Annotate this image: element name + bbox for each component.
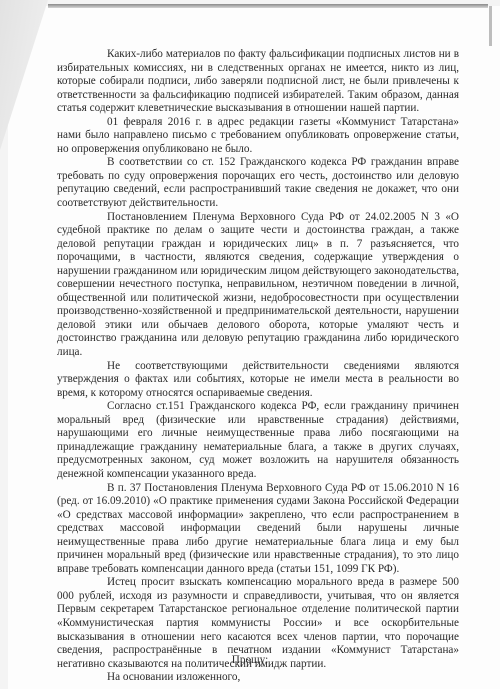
paragraph-falsification: Каких-либо материалов по факту фальсифик… [57,48,459,116]
page-right-edge [489,6,492,46]
document-body: Каких-либо материалов по факту фальсифик… [57,48,459,685]
paragraph-untrue-info: Не соответствующими действительности све… [57,360,459,401]
page-top-edge [48,4,488,8]
paragraph-article-152: В соответствии со ст. 152 Гражданского к… [57,156,459,210]
request-heading: Прошу: [0,654,500,666]
paragraph-based-on: На основании изложенного, [57,671,459,685]
paragraph-plenum-2005: Постановлением Пленума Верховного Суда Р… [57,211,459,360]
paragraph-article-151: Согласно ст.151 Гражданского кодекса РФ,… [57,400,459,481]
paragraph-plenum-2010: В п. 37 Постановления Пленума Верховного… [57,482,459,577]
paragraph-letter-sent: 01 февраля 2016 г. в адрес редакции газе… [57,116,459,157]
